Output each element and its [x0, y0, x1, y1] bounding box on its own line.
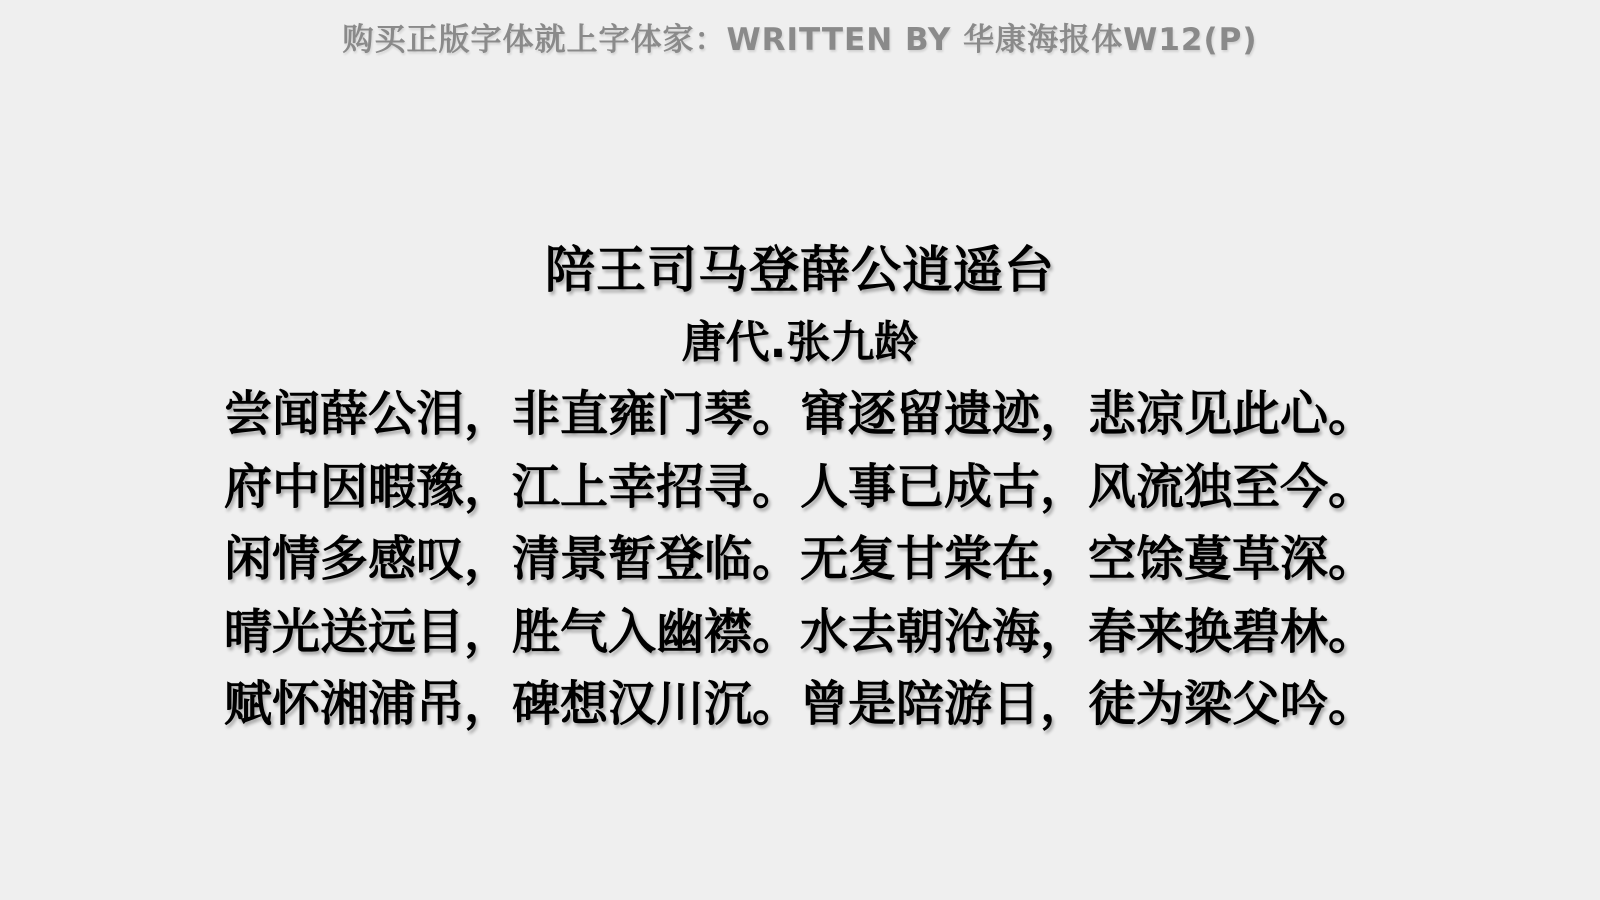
poem-line: 赋怀湘浦吊，碑想汉川沉。曾是陪游日，徒为梁父吟。 [0, 668, 1600, 741]
poem-body: 尝闻薛公泪，非直雍门琴。窜逐留遗迹，悲凉见此心。 府中因暇豫，江上幸招寻。人事已… [0, 378, 1600, 741]
poem-line: 闲情多感叹，清景暂登临。无复甘棠在，空馀蔓草深。 [0, 523, 1600, 596]
poem-title: 陪王司马登薛公逍遥台 [0, 230, 1600, 302]
poem-line: 晴光送远目，胜气入幽襟。水去朝沧海，春来换碧林。 [0, 596, 1600, 669]
poem-line: 尝闻薛公泪，非直雍门琴。窜逐留遗迹，悲凉见此心。 [0, 378, 1600, 451]
poem-line: 府中因暇豫，江上幸招寻。人事已成古，风流独至今。 [0, 451, 1600, 524]
poem-author: 唐代.张九龄 [0, 306, 1600, 370]
watermark-header: 购买正版字体就上字体家：WRITTEN BY 华康海报体W12(P) [0, 14, 1600, 59]
